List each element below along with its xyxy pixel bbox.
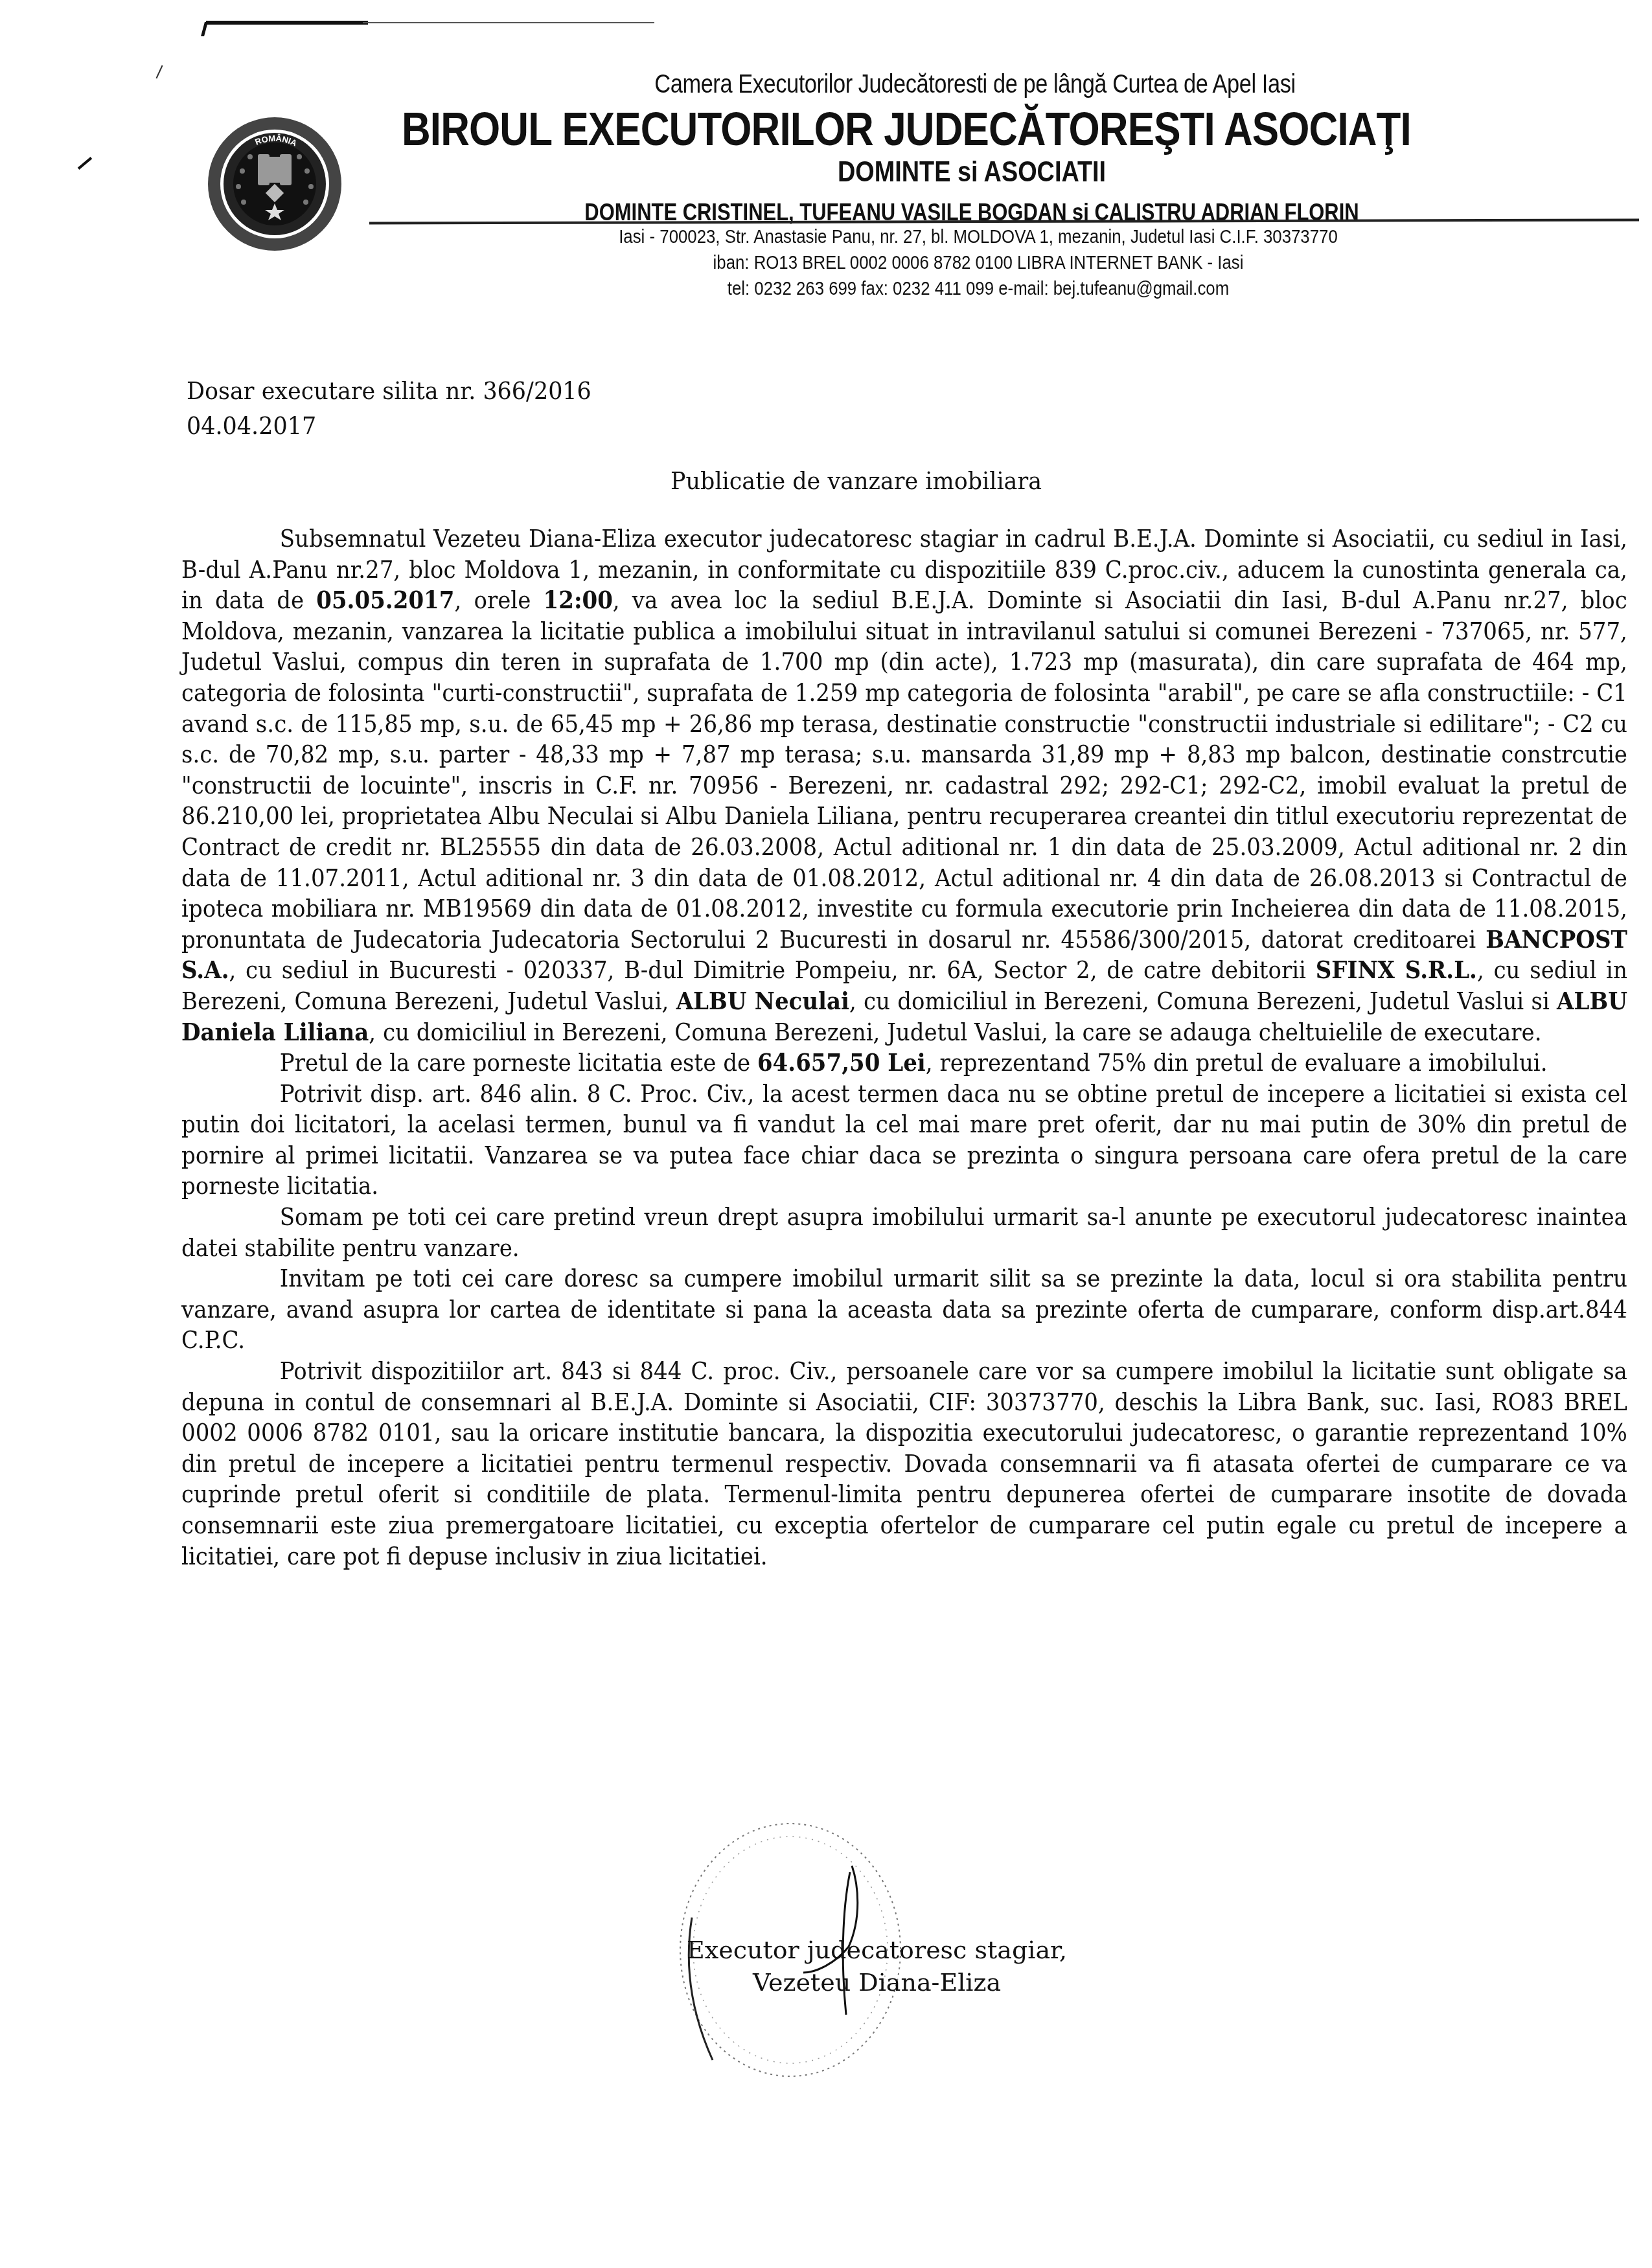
contact-block: Iasi - 700023, Str. Anastasie Panu, nr. … [492,224,1464,302]
signer-name: Vezeteu Diana-Eliza [687,1966,1067,1999]
union-seal-logo: ROMÂNIA [206,115,343,253]
paragraph-start-price: Pretul de la care porneste licitatia est… [181,1048,1627,1079]
scan-artifact-line [363,22,654,23]
scan-artifact-slash [155,65,163,79]
text-run: Pretul de la care porneste licitatia est… [280,1049,757,1077]
sale-time: 12:00 [544,586,613,614]
signature-block: Executor judecatoresc stagiar, Vezeteu D… [687,1934,1067,1999]
sale-date: 05.05.2017 [316,586,454,614]
debtor-person-1: ALBU Neculai [676,987,849,1015]
document-title: Publicatie de vanzare imobiliara [671,466,1042,495]
paragraph-buyer-invitation: Invitam pe toti cei care doresc sa cumpe… [181,1263,1627,1356]
text-run: , cu sediul in Bucuresti - 020337, B-dul… [229,956,1315,984]
scan-artifact-mark [78,157,92,170]
coat-of-arms-icon: ROMÂNIA [206,115,343,253]
paragraph-guarantee: Potrivit dispozitiilor art. 843 si 844 C… [181,1356,1627,1572]
case-file-number: Dosar executare silita nr. 366/2016 [187,373,591,408]
paragraph-sale-notice: Subsemnatul Vezeteu Diana-Eliza executor… [181,523,1627,1048]
text-run: , orele [454,586,543,614]
text-run: , cu domiciliul in Berezeni, Comuna Bere… [369,1018,1541,1046]
case-info: Dosar executare silita nr. 366/2016 04.0… [187,373,591,443]
text-run: , va avea loc la sediul B.E.J.A. Dominte… [181,586,1627,954]
chamber-name: Camera Executorilor Judecătoresti de pe … [488,70,1463,99]
document-body: Subsemnatul Vezeteu Diana-Eliza executor… [181,523,1627,1572]
letterhead: Camera Executorilor Judecătoresti de pe … [402,70,1542,226]
paragraph-auction-rules: Potrivit disp. art. 846 alin. 8 C. Proc.… [181,1079,1627,1202]
text-run: , reprezentand 75% din pretul de evaluar… [926,1049,1548,1077]
address-line: Iasi - 700023, Str. Anastasie Panu, nr. … [560,224,1396,250]
bank-line: iban: RO13 BREL 0002 0006 8782 0100 LIBR… [560,250,1396,276]
case-date: 04.04.2017 [187,408,591,443]
office-name: BIROUL EXECUTORILOR JUDECĂTOREŞTI ASOCIA… [402,103,1382,156]
start-price: 64.657,50 Lei [757,1048,926,1077]
contact-line: tel: 0232 263 699 fax: 0232 411 099 e-ma… [560,276,1396,302]
scan-artifact-tick [201,22,208,36]
text-run: , cu domiciliul in Berezeni, Comuna Bere… [849,987,1557,1015]
scan-artifact-line [206,21,368,25]
debtor-company: SFINX S.R.L. [1316,956,1477,984]
office-subtitle: DOMINTE si ASOCIATII [481,156,1462,189]
signer-role: Executor judecatoresc stagiar, [687,1934,1067,1966]
paragraph-claims-notice: Somam pe toti cei care pretind vreun dre… [181,1202,1627,1263]
